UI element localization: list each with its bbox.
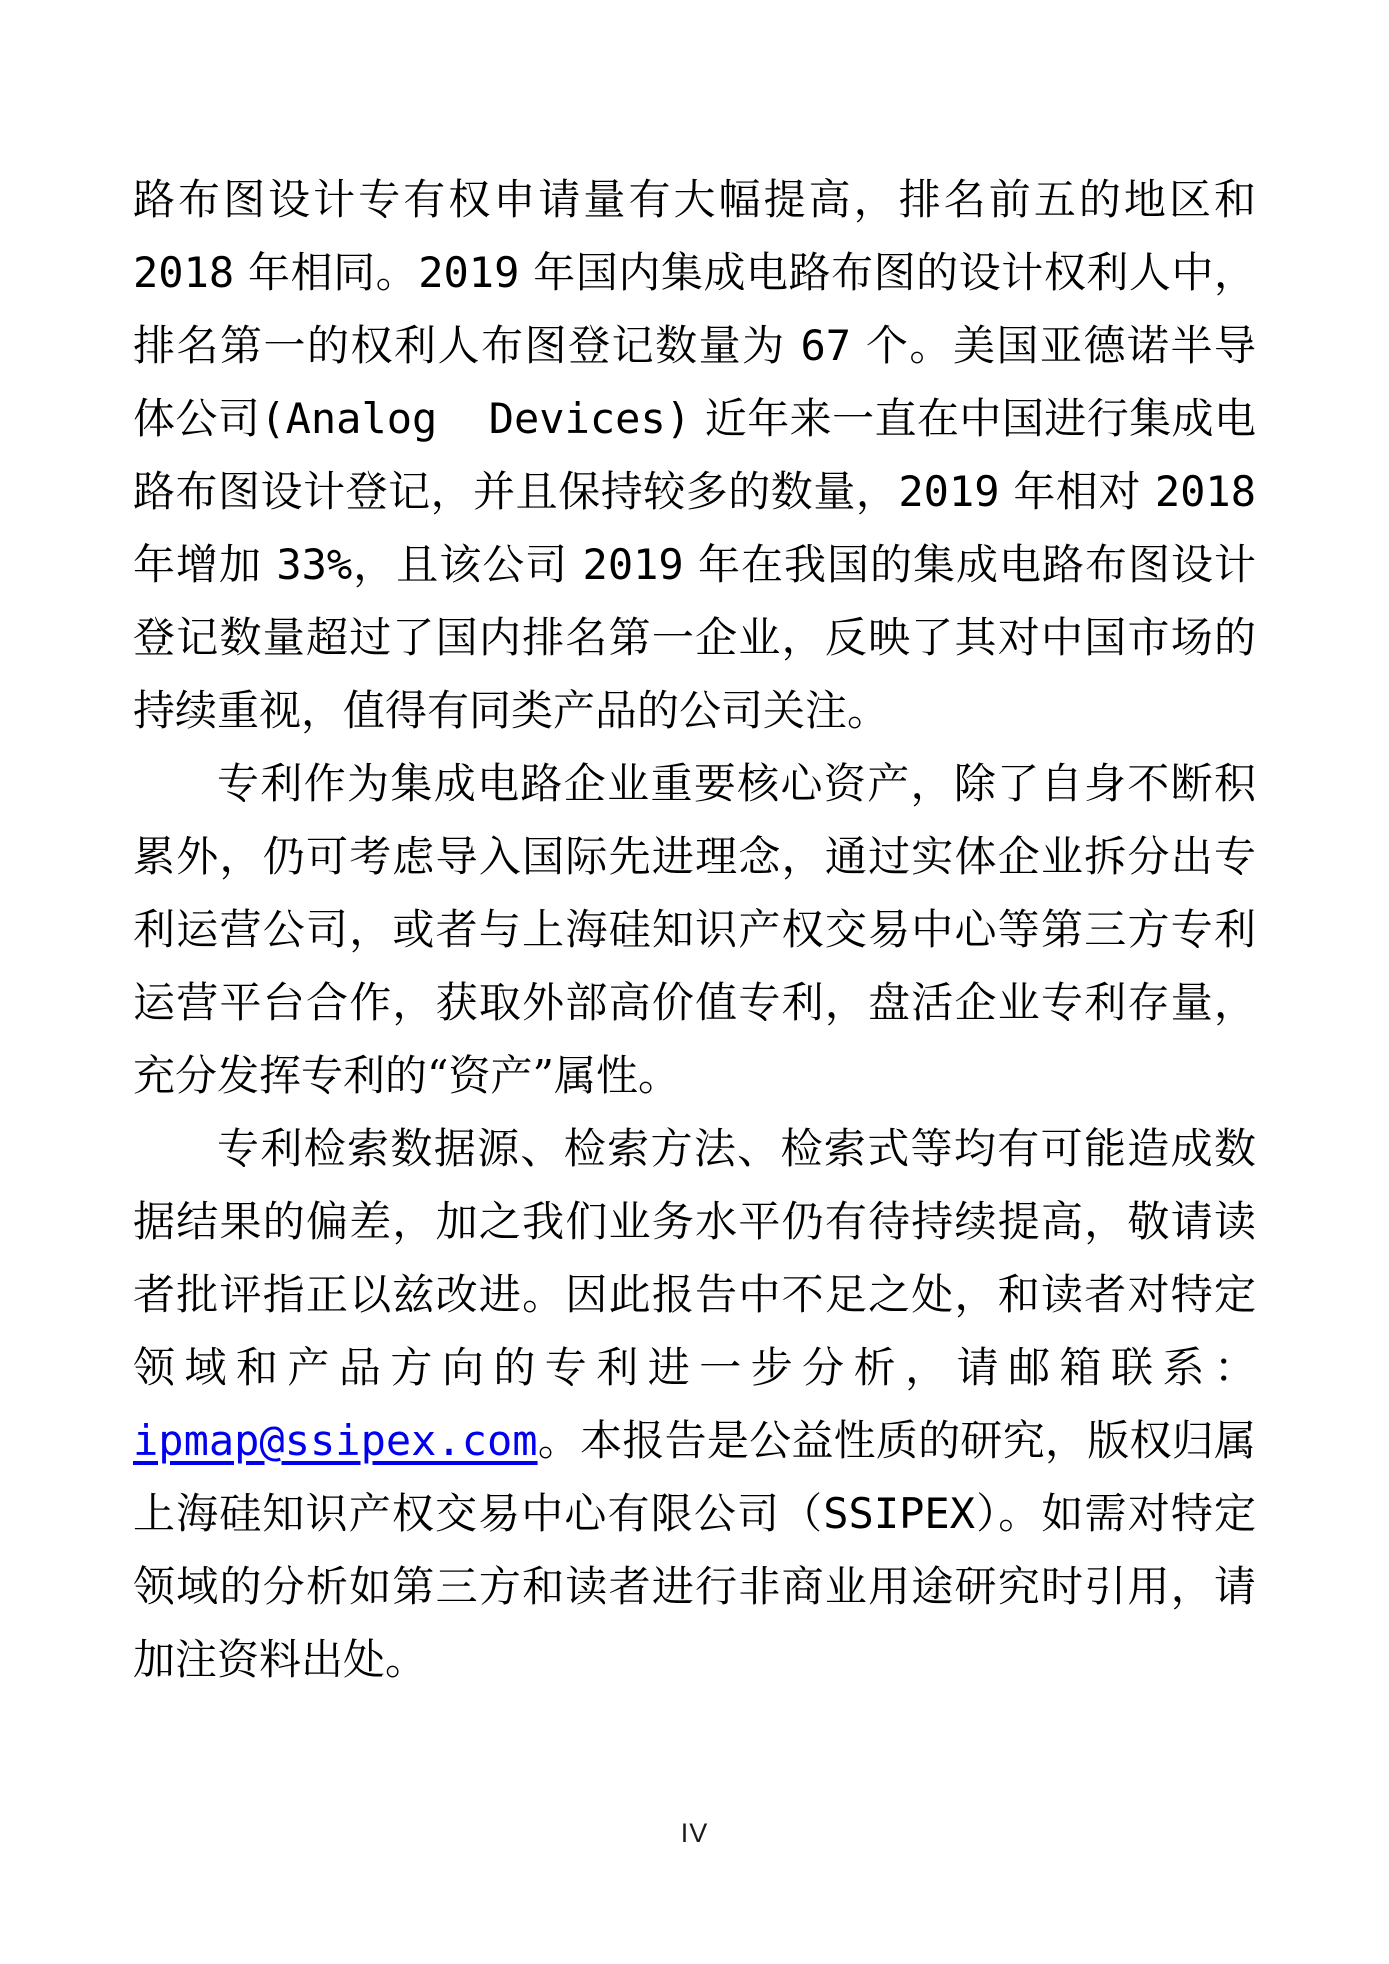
paragraph-3: 专利检索数据源、检索方法、检索式等均有可能造成数据结果的偏差，加之我们业务水平仍…	[133, 1112, 1256, 1696]
latin-text-run: 2019	[418, 248, 519, 297]
document-body: 路布图设计专有权申请量有大幅提高，排名前五的地区和 2018 年相同。2019 …	[133, 163, 1256, 1696]
latin-text-run: 2019	[583, 540, 684, 589]
cjk-text-run: 年相同。	[234, 248, 418, 297]
cjk-text-run: 专利检索数据源、检索方法、检索式等均有可能造成数据结果的偏差，加之我们业务水平仍…	[133, 1124, 1256, 1392]
latin-text-run: SSIPEX	[823, 1489, 975, 1538]
cjk-text-run: ，且该公司	[352, 540, 582, 589]
cjk-text-run: 路布图设计专有权申请量有大幅提高，排名前五的地区和	[133, 175, 1256, 224]
latin-text-run: 2018	[1155, 467, 1256, 516]
latin-text-run: 67	[800, 321, 851, 370]
paragraph-1: 路布图设计专有权申请量有大幅提高，排名前五的地区和 2018 年相同。2019 …	[133, 163, 1256, 747]
page-number: IV	[681, 1818, 709, 1848]
paragraph-2: 专利作为集成电路企业重要核心资产，除了自身不断积累外，仍可考虑导入国际先进理念，…	[133, 747, 1256, 1112]
cjk-text-run: 年相对	[1000, 467, 1155, 516]
latin-text-run: 33%	[276, 540, 352, 589]
latin-text-run: 2019	[898, 467, 999, 516]
cjk-text-run: 专利作为集成电路企业重要核心资产，除了自身不断积累外，仍可考虑导入国际先进理念，…	[133, 759, 1256, 1100]
email-link[interactable]: ipmap@ssipex.com	[133, 1416, 538, 1465]
latin-text-run: 2018	[133, 248, 234, 297]
latin-text-run: (Analog Devices)	[260, 394, 691, 443]
document-page: 路布图设计专有权申请量有大幅提高，排名前五的地区和 2018 年相同。2019 …	[0, 0, 1389, 1964]
page-footer: IV	[0, 1818, 1389, 1849]
cjk-text-run: 年增加	[133, 540, 276, 589]
